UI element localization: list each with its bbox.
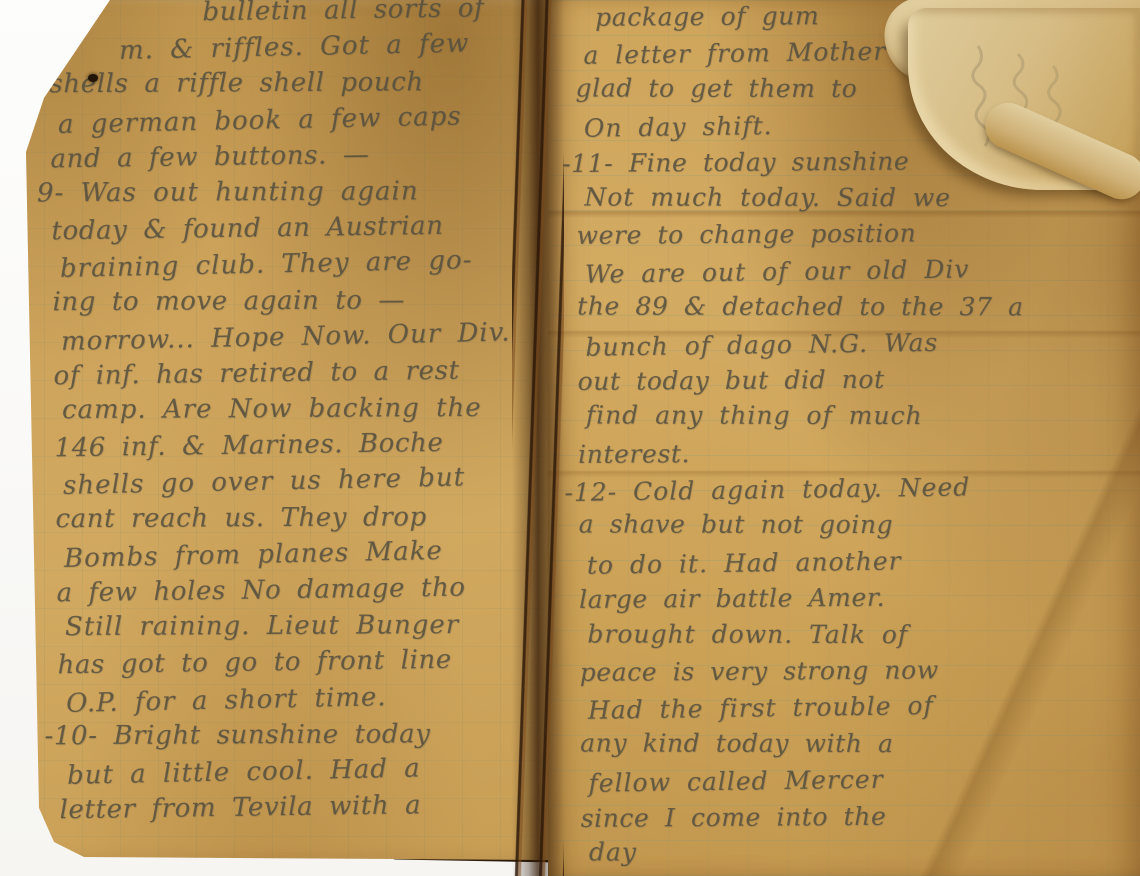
handwriting-line: brought down. Talk of [587, 616, 1137, 653]
punch-hole [88, 74, 98, 82]
handwriting-line: were to change position [576, 214, 1134, 254]
handwriting-line: camp. Are Now backing the [62, 390, 542, 429]
handwriting-line: shells a riffle shell pouch [49, 64, 537, 103]
handwriting-line: cant reach us. They drop [55, 498, 543, 537]
left-page-handwriting: bulletin all sorts ofm. & riffles. Got a… [34, 0, 547, 829]
handwriting-line: interest. [578, 433, 1136, 473]
handwriting-line: day [589, 834, 1139, 871]
handwriting-line: any kind today with a [580, 725, 1138, 762]
handwriting-line: Had the first trouble of [588, 686, 1138, 730]
left-page: bulletin all sorts ofm. & riffles. Got a… [6, 0, 548, 860]
handwriting-line: fellow called Mercer [588, 758, 1138, 802]
handwriting-line: a shave but not going [579, 507, 1137, 544]
handwriting-line: Still raining. Lieut Bunger [65, 607, 545, 646]
handwriting-line: m. & riffles. Got a few [119, 24, 538, 69]
handwriting-line: ing to move again to — [52, 281, 540, 320]
handwriting-line: 9- Was out hunting again [37, 173, 539, 212]
handwriting-line: out today but did not [577, 360, 1135, 400]
handwriting-line: the 89 & detached to the 37 a [577, 289, 1135, 326]
handwriting-line: We are out of our old Div [585, 249, 1135, 293]
diary-scan: bulletin all sorts ofm. & riffles. Got a… [0, 0, 1140, 876]
handwriting-line: -12- Cold again today. Need [564, 467, 1136, 511]
handwriting-line: to do it. Had another [587, 540, 1137, 584]
handwriting-line: since I come into the [581, 797, 1139, 837]
handwriting-line: find any thing of much [586, 398, 1136, 435]
handwriting-line: large air battle Amer. [579, 578, 1137, 618]
handwriting-line: bunch of dago N.G. Was [585, 322, 1135, 366]
